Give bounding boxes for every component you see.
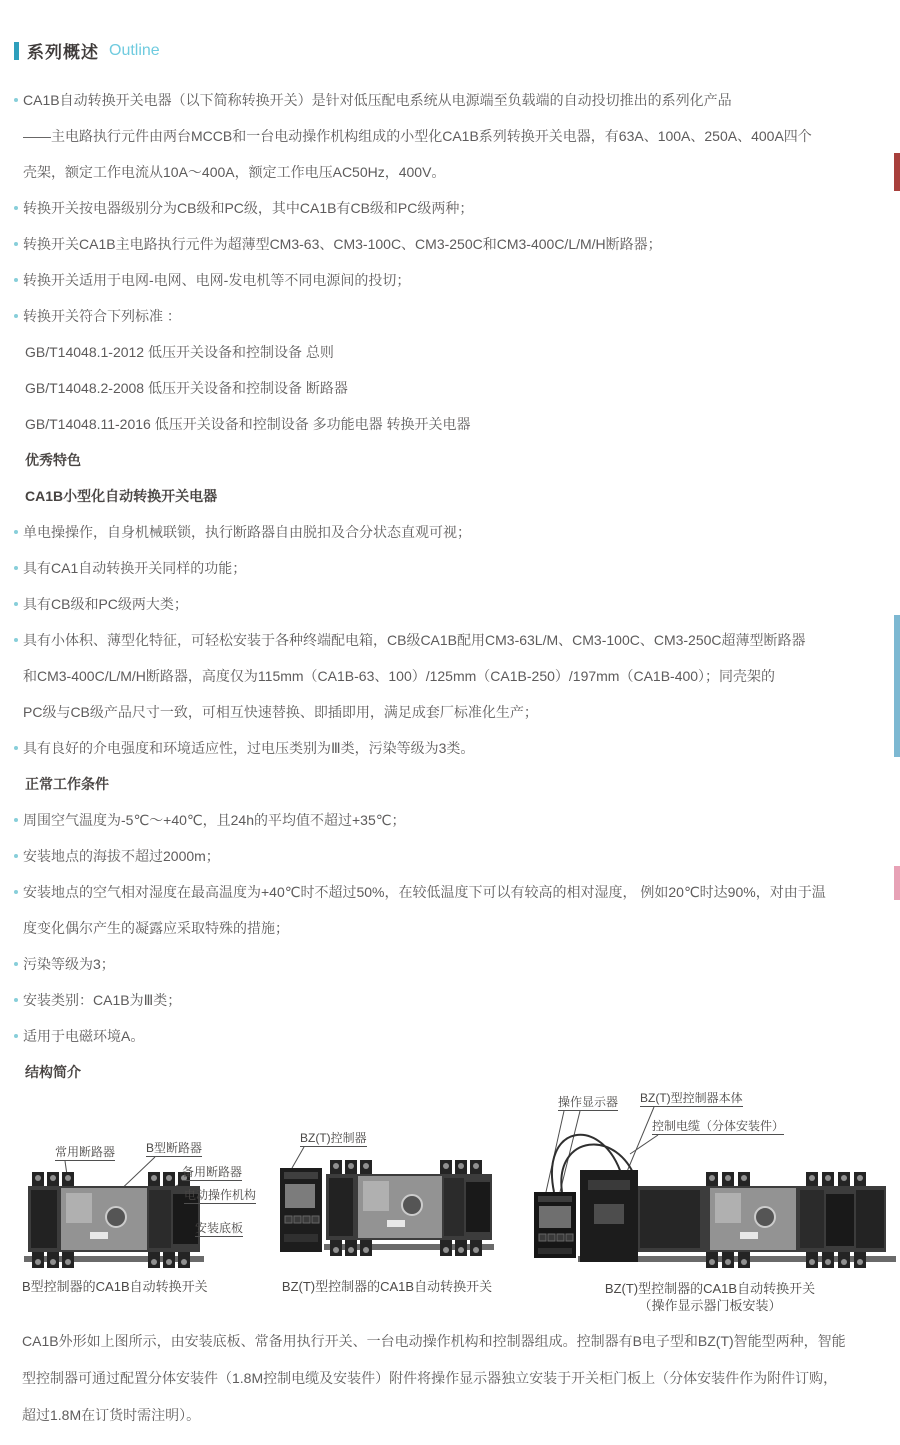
text-line: GB/T14048.2-2008 低压开关设备和控制设备 断路器 [14,370,900,406]
bullet-icon [14,998,18,1002]
bullet-icon [14,638,18,642]
figure-bzt-door-mount-ats: 操作显示器 BZ(T)型控制器本体 控制电缆（分体安装件） BZ(T)型控制器的… [524,1090,896,1323]
conditions-bullet-4: 污染等级为3； [23,956,115,972]
figure-label: 常用断路器 [55,1146,115,1161]
figure-label: 安装底板 [195,1222,243,1237]
bullet-icon [14,242,18,246]
conditions-bullet-6: 适用于电磁环境A。 [23,1028,144,1044]
text-line: PC级与CB级产品尺寸一致，可相互快速替换、即插即用，满足成套厂标准化生产； [14,694,900,730]
conditions-bullet-5: 安装类别：CA1B为Ⅲ类； [23,992,181,1008]
text-line: CA1B自动转换开关电器（以下简称转换开关）是针对低压配电系统从电源端至负载端的… [14,82,900,118]
structure-figures: 常用断路器 B型断路器 备用断路器 电动操作机构 安装底板 B型控制器的CA1B… [0,1090,900,1323]
bullet-icon [14,962,18,966]
figure-label: 电动操作机构 [184,1189,256,1204]
bullet-icon [14,602,18,606]
section-title-cn: 系列概述 [27,38,99,63]
overview-bullet-4: 转换开关符合下列标准 ： [23,308,181,324]
page-edge-artifact [894,866,900,900]
text-line: 污染等级为3； [14,946,900,982]
text-line: 适用于电磁环境A。 [14,1018,900,1054]
text-line: 转换开关符合下列标准 ： [14,298,900,334]
text-line: 转换开关CA1B主电路执行元件为超薄型CM3-63、CM3-100C、CM3-2… [14,226,900,262]
bullet-icon [14,854,18,858]
features-subheading: CA1B小型化自动转换开关电器 [14,478,900,514]
text-line: 转换开关适用于电网-电网、电网-发电机等不同电源间的投切； [14,262,900,298]
content: CA1B自动转换开关电器（以下简称转换开关）是针对低压配电系统从电源端至负载端的… [14,82,900,1090]
figure-b-type-ats: 常用断路器 B型断路器 备用断路器 电动操作机构 安装底板 B型控制器的CA1B… [20,1118,268,1323]
standard-3: GB/T14048.11-2016 低压开关设备和控制设备 多功能电器 转换开关… [25,416,471,432]
figure-label: BZ(T)型控制器本体 [640,1092,743,1107]
standard-2: GB/T14048.2-2008 低压开关设备和控制设备 断路器 [25,380,348,396]
structure-heading-text: 结构简介 [25,1064,81,1080]
features-bullet-1: 单电操操作，自身机械联锁，执行断路器自由脱扣及合分状态直观可视； [23,524,471,540]
bullet-icon [14,566,18,570]
overview-p1-l2: ——主电路执行元件由两台MCCB和一台电动操作机构组成的小型化CA1B系列转换开… [23,128,812,144]
figure-caption-line2: （操作显示器门板安装） [524,1295,896,1314]
bullet-icon [14,278,18,282]
features-bullet-3: 具有CB级和PC级两大类； [23,596,188,612]
features-bullet-4-l1: 具有小体积、薄型化特征，可轻松安装于各种终端配电箱，CB级CA1B配用CM3-6… [23,632,806,648]
structure-heading: 结构简介 [14,1054,900,1090]
figure-label: 备用断路器 [182,1166,242,1181]
text-line: 具有CB级和PC级两大类； [14,586,900,622]
text-line: 和CM3-400C/L/M/H断路器，高度仅为115mm（CA1B-63、100… [14,658,900,694]
conditions-bullet-2: 安装地点的海拔不超过2000m； [23,848,220,864]
section-title-en: Outline [109,42,160,60]
bullet-icon [14,98,18,102]
bullet-icon [14,746,18,750]
text-line: GB/T14048.11-2016 低压开关设备和控制设备 多功能电器 转换开关… [14,406,900,442]
figure-bzt-ats: BZ(T)控制器 BZ(T)型控制器的CA1B自动转换开关 [278,1118,496,1323]
bullet-icon [14,1034,18,1038]
conditions-heading: 正常工作条件 [14,766,900,802]
overview-bullet-1: 转换开关按电器级别分为CB级和PC级，其中CA1B有CB级和PC级两种； [23,200,473,216]
text-line: 安装地点的海拔不超过2000m； [14,838,900,874]
text-line: 具有CA1自动转换开关同样的功能； [14,550,900,586]
overview-p1-l1: CA1B自动转换开关电器（以下简称转换开关）是针对低压配电系统从电源端至负载端的… [23,92,732,108]
text-line: 转换开关按电器级别分为CB级和PC级，其中CA1B有CB级和PC级两种； [14,190,900,226]
overview-bullet-3: 转换开关适用于电网-电网、电网-发电机等不同电源间的投切； [23,272,410,288]
features-heading: 优秀特色 [14,442,900,478]
description-line-1: CA1B外形如上图所示，由安装底板、常备用执行开关、一台电动操作机构和控制器组成… [0,1323,900,1360]
text-line: GB/T14048.1-2012 低压开关设备和控制设备 总则 [14,334,900,370]
page-edge-artifact [894,615,900,757]
bullet-icon [14,818,18,822]
description-line-2: 型控制器可通过配置分体安装件（1.8M控制电缆及安装件）附件将操作显示器独立安装… [0,1360,900,1397]
conditions-bullet-3-l1: 安装地点的空气相对湿度在最高温度为+40℃时不超过50%，在较低温度下可以有较高… [23,884,826,900]
text-line: 具有良好的介电强度和环境适应性，过电压类别为Ⅲ类，污染等级为3类。 [14,730,900,766]
figure-caption: BZ(T)型控制器的CA1B自动转换开关 [278,1276,496,1295]
text-line: 安装地点的空气相对湿度在最高温度为+40℃时不超过50%，在较低温度下可以有较高… [14,874,900,910]
bullet-icon [14,530,18,534]
text-line: 度变化偶尔产生的凝露应采取特殊的措施； [14,910,900,946]
text-line: 安装类别：CA1B为Ⅲ类； [14,982,900,1018]
figure-label: 控制电缆（分体安装件） [652,1120,784,1135]
features-bullet-2: 具有CA1自动转换开关同样的功能； [23,560,246,576]
text-line: 壳架，额定工作电流从10A～400A，额定工作电压AC50Hz，400V。 [14,154,900,190]
figure-caption: B型控制器的CA1B自动转换开关 [22,1276,208,1295]
bullet-icon [14,206,18,210]
header-accent-bar [14,42,19,60]
description-line-3: 超过1.8M在订货时需注明）。 [0,1397,900,1434]
text-line: 具有小体积、薄型化特征，可轻松安装于各种终端配电箱，CB级CA1B配用CM3-6… [14,622,900,658]
text-line: ——主电路执行元件由两台MCCB和一台电动操作机构组成的小型化CA1B系列转换开… [14,118,900,154]
overview-p1-l3: 壳架，额定工作电流从10A～400A，额定工作电压AC50Hz，400V。 [23,164,445,180]
conditions-bullet-3-l2: 度变化偶尔产生的凝露应采取特殊的措施； [23,920,289,936]
standard-1: GB/T14048.1-2012 低压开关设备和控制设备 总则 [25,344,334,360]
features-bullet-4-l2: 和CM3-400C/L/M/H断路器，高度仅为115mm（CA1B-63、100… [23,668,775,684]
features-bullet-4-l3: PC级与CB级产品尺寸一致，可相互快速替换、即插即用，满足成套厂标准化生产； [23,704,538,720]
figure-label: BZ(T)控制器 [300,1132,367,1147]
overview-bullet-2: 转换开关CA1B主电路执行元件为超薄型CM3-63、CM3-100C、CM3-2… [23,236,662,252]
section-header: 系列概述 Outline [14,38,900,63]
text-line: 周围空气温度为-5℃～+40℃，且24h的平均值不超过+35℃； [14,802,900,838]
structure-description: CA1B外形如上图所示，由安装底板、常备用执行开关、一台电动操作机构和控制器组成… [0,1323,900,1434]
figure-label: B型断路器 [146,1142,202,1157]
figure-label: 操作显示器 [558,1096,618,1111]
features-heading-text: 优秀特色 [25,452,81,468]
text-line: 单电操操作，自身机械联锁，执行断路器自由脱扣及合分状态直观可视； [14,514,900,550]
bullet-icon [14,890,18,894]
page-edge-artifact [894,153,900,191]
conditions-heading-text: 正常工作条件 [25,776,109,792]
features-bullet-5: 具有良好的介电强度和环境适应性，过电压类别为Ⅲ类，污染等级为3类。 [23,740,474,756]
features-subheading-text: CA1B小型化自动转换开关电器 [25,488,217,504]
bullet-icon [14,314,18,318]
conditions-bullet-1: 周围空气温度为-5℃～+40℃，且24h的平均值不超过+35℃； [23,812,405,828]
